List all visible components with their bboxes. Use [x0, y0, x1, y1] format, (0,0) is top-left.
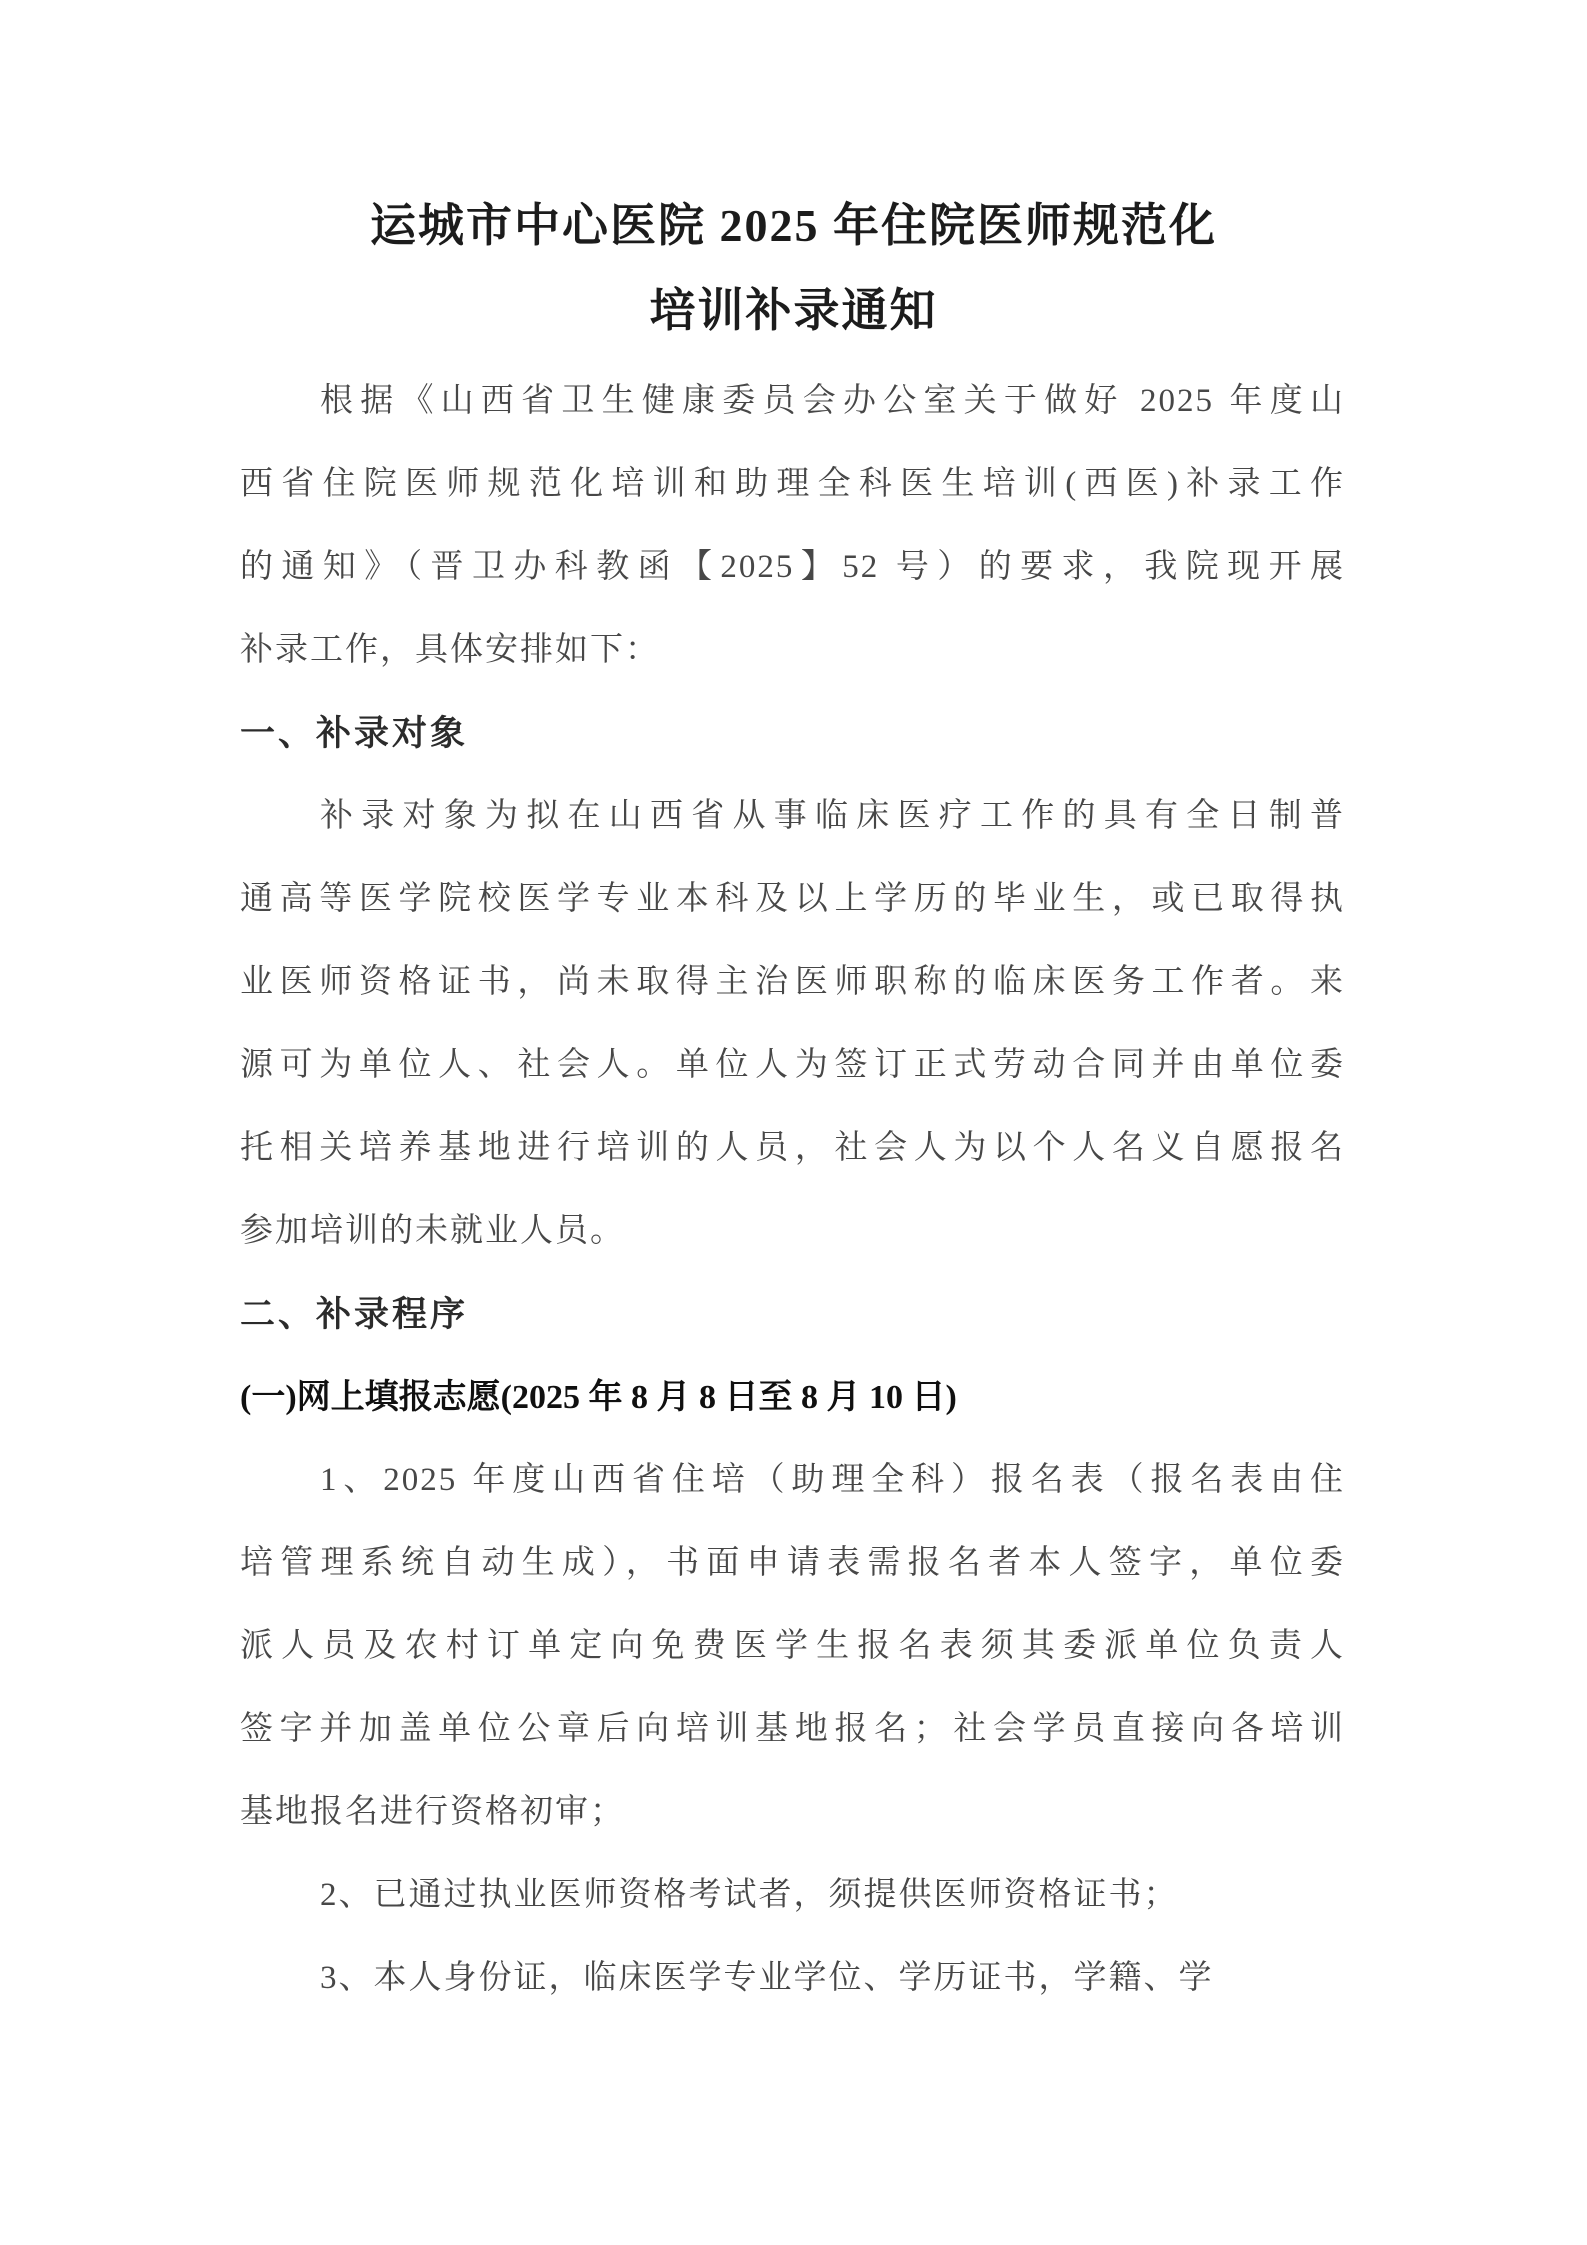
document-page: 运城市中心医院 2025 年住院医师规范化 培训补录通知 根据《山西省卫生健康委… — [0, 0, 1587, 2245]
page-title: 运城市中心医院 2025 年住院医师规范化 培训补录通知 — [0, 183, 1587, 353]
title-line-2: 培训补录通知 — [0, 268, 1587, 353]
text-line: 源可为单位人、社会人。单位人为签订正式劳动合同并由单位委 — [240, 1024, 1345, 1107]
text-line: 派人员及农村订单定向免费医学生报名表须其委派单位负责人 — [240, 1605, 1345, 1688]
text-line: 通高等医学院校医学专业本科及以上学历的毕业生，或已取得执 — [240, 858, 1345, 941]
title-line-1: 运城市中心医院 2025 年住院医师规范化 — [0, 183, 1587, 268]
document-body: 根据《山西省卫生健康委员会办公室关于做好 2025 年度山 西省住院医师规范化培… — [240, 360, 1345, 2020]
text-line: 业医师资格证书，尚未取得主治医师职称的临床医务工作者。来 — [240, 941, 1345, 1024]
text-line: 托相关培养基地进行培训的人员，社会人为以个人名义自愿报名 — [240, 1107, 1345, 1190]
text-line: 根据《山西省卫生健康委员会办公室关于做好 2025 年度山 — [240, 360, 1345, 443]
section-heading-1: 一、补录对象 — [240, 692, 1345, 775]
text-line: 西省住院医师规范化培训和助理全科医生培训(西医)补录工作 — [240, 443, 1345, 526]
section-heading-2: 二、补录程序 — [240, 1273, 1345, 1356]
text-line: 参加培训的未就业人员。 — [240, 1190, 1345, 1273]
text-line: 3、本人身份证，临床医学专业学位、学历证书，学籍、学 — [240, 1937, 1345, 2020]
text-line: 培管理系统自动生成），书面申请表需报名者本人签字，单位委 — [240, 1522, 1345, 1605]
text-line: 补录工作，具体安排如下： — [240, 609, 1345, 692]
text-line: 基地报名进行资格初审； — [240, 1771, 1345, 1854]
text-line: 签字并加盖单位公章后向培训基地报名；社会学员直接向各培训 — [240, 1688, 1345, 1771]
text-line: 2、已通过执业医师资格考试者，须提供医师资格证书； — [240, 1854, 1345, 1937]
text-line: 1、2025 年度山西省住培（助理全科）报名表（报名表由住 — [240, 1439, 1345, 1522]
subsection-heading-1: (一)网上填报志愿(2025 年 8 月 8 日至 8 月 10 日) — [240, 1356, 1345, 1439]
text-line: 补录对象为拟在山西省从事临床医疗工作的具有全日制普 — [240, 775, 1345, 858]
text-line: 的通知》（晋卫办科教函【2025】52 号）的要求，我院现开展 — [240, 526, 1345, 609]
